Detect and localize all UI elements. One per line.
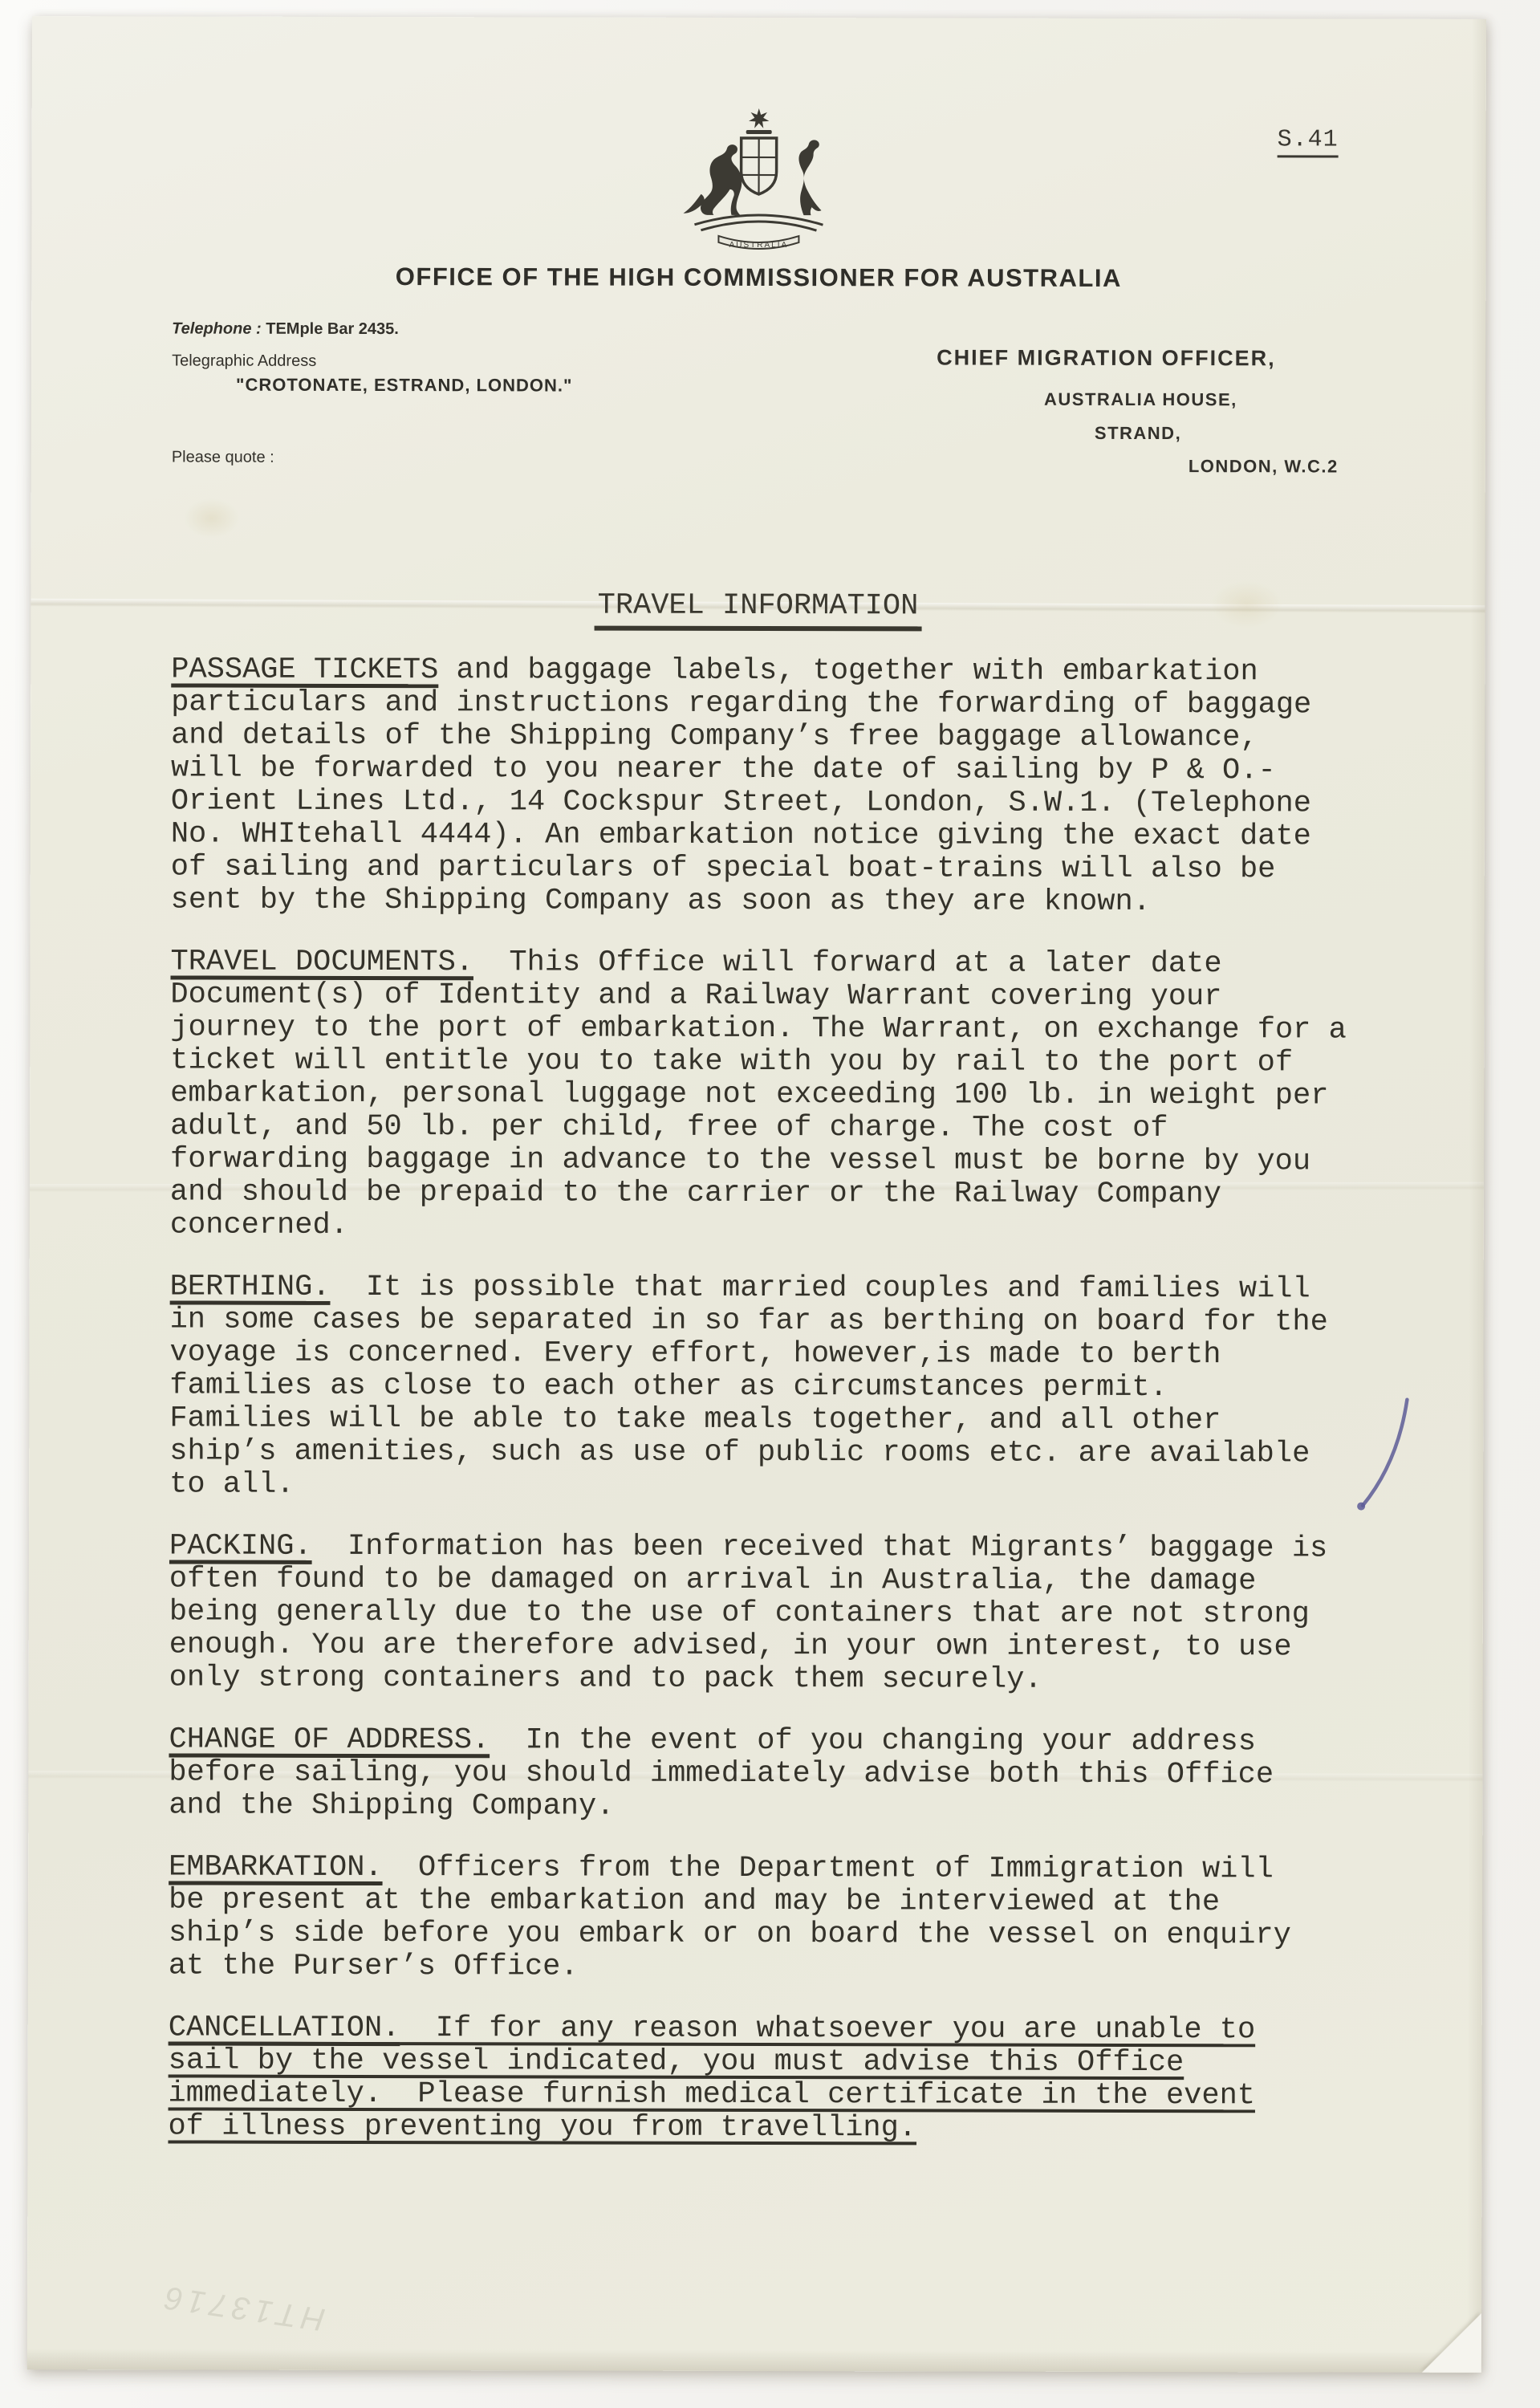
section-body: and baggage labels, together with embark… xyxy=(171,653,1312,919)
pencil-inscription: HT13716 xyxy=(158,2278,327,2337)
document-title: TRAVEL INFORMATION xyxy=(595,589,922,632)
officer-address-line-2: AUSTRALIA HOUSE, xyxy=(1044,389,1237,411)
section-change-of-address: CHANGE OF ADDRESS. In the event of you c… xyxy=(169,1723,1428,1824)
telegraphic-address-value: "CROTONATE, ESTRAND, LONDON." xyxy=(236,375,572,397)
paper-bottom-edge-shading xyxy=(27,2349,1481,2373)
commonwealth-star-icon xyxy=(749,108,769,128)
kangaroo-icon xyxy=(701,144,742,215)
section-heading: EMBARKATION. xyxy=(169,1850,383,1885)
section-berthing: BERTHING. It is possible that married co… xyxy=(169,1271,1430,1503)
paper-stain xyxy=(1210,580,1282,628)
crest-wreath xyxy=(746,130,772,134)
paper-right-edge-shading xyxy=(1467,19,1486,2373)
section-packing: PACKING. Information has been received t… xyxy=(169,1530,1429,1697)
wattle-branches xyxy=(694,215,823,230)
telephone-value: TEMple Bar 2435. xyxy=(266,320,399,338)
section-heading: CHANGE OF ADDRESS. xyxy=(169,1723,490,1757)
section-travel-documents: TRAVEL DOCUMENTS. This Office will forwa… xyxy=(170,946,1431,1244)
australian-coat-of-arms-icon: AUSTRALIA xyxy=(670,104,847,257)
scanned-letter-page: { "page": { "ref_number": "S.41" }, "let… xyxy=(0,0,1540,2408)
section-heading: TRAVEL DOCUMENTS. xyxy=(170,945,473,979)
section-body: It is possible that married couples and … xyxy=(169,1271,1328,1502)
letter-paper: S.41 AUSTRALIA OFFICE OF THE HIGH COMMIS… xyxy=(27,16,1486,2373)
office-title: OFFICE OF THE HIGH COMMISSIONER FOR AUST… xyxy=(31,262,1485,294)
telegraphic-address-label: Telegraphic Address xyxy=(172,352,316,370)
section-cancellation: CANCELLATION. If for any reason whatsoev… xyxy=(168,2011,1428,2146)
section-heading: BERTHING. xyxy=(170,1270,331,1304)
officer-address-line-4: LONDON, W.C.2 xyxy=(1189,456,1339,477)
reference-number: S.41 xyxy=(1278,126,1339,157)
please-quote-label: Please quote : xyxy=(172,448,274,466)
emu-icon xyxy=(798,140,821,215)
section-heading: PASSAGE TICKETS xyxy=(171,653,438,687)
paper-stain xyxy=(184,498,240,538)
section-heading: PACKING. xyxy=(169,1529,312,1563)
section-embarkation: EMBARKATION. Officers from the Departmen… xyxy=(169,1851,1428,1985)
officer-address-line-3: STRAND, xyxy=(1095,423,1181,444)
section-passage-tickets: PASSAGE TICKETS and baggage labels, toge… xyxy=(171,653,1432,919)
section-body: This Office will forward at a later date… xyxy=(170,946,1347,1243)
telephone-label: Telephone : xyxy=(172,319,262,337)
scroll-text: AUSTRALIA xyxy=(729,241,789,250)
officer-address-line-1: CHIEF MIGRATION OFFICER, xyxy=(937,345,1276,371)
telephone-line: Telephone : TEMple Bar 2435. xyxy=(172,319,399,339)
dogear-corner-fold xyxy=(1422,2313,1481,2373)
section-heading: CANCELLATION. xyxy=(169,2011,400,2045)
letter-body: PASSAGE TICKETS and baggage labels, toge… xyxy=(168,653,1431,2146)
section-body: Information has been received that Migra… xyxy=(169,1530,1328,1697)
